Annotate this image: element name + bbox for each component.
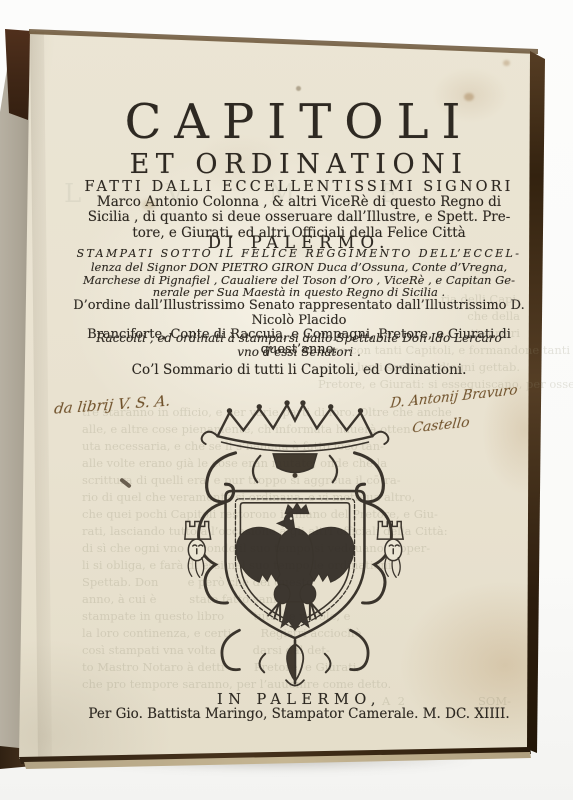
collect-line: Raccolti , ed ordinati à stamparsi dallo… [60,332,538,346]
foxing-spot [503,60,510,66]
privilege-paragraph: STAMPATI SOTTO IL FELICE REGGIMENTO DELL… [60,248,538,299]
privilege-line: lenza del Signor DON PIETRO GIRON Duca d… [60,261,538,274]
imprint-publisher: Per Gio. Battista Maringo, Stampator Cam… [60,706,538,722]
paragraph-line: Sicilia , di quanto si deue osseruare da… [60,210,538,225]
order-line: D’ordine dall’Illustrissimo Senato rappr… [60,299,538,328]
sommario-line: Co’l Sommario di tutti li Capitoli, ed O… [60,362,538,378]
eagle [236,503,354,630]
palermo-eagle-crest-icon [166,397,424,691]
foxing-spot [464,93,474,101]
collect-line: vno d’essi Senatori . [60,346,538,360]
paragraph-line: Marco Antonio Colonna , & altri ViceRè d… [60,195,538,210]
foxing-spot [296,86,301,91]
heading-caps-line: FATTI DALLI ECCELLENTISSIMI SIGNORI [60,179,538,195]
book-photograph: L V M E ria delli Capi- che della ti scr… [0,0,573,800]
privilege-line: STAMPATI SOTTO IL FELICE REGGIMENTO DELL… [60,248,538,261]
coat-of-arms-emblem [166,397,424,691]
crown [202,401,389,452]
cartouche-scrollwork-top [207,453,384,502]
page-subtitle: ET ORDINATIONI [60,149,538,180]
collect-paragraph: Raccolti , ed ordinati à stamparsi dallo… [60,332,538,359]
page-title: CAPITOLI [60,94,538,150]
foxing-spot [142,200,156,210]
